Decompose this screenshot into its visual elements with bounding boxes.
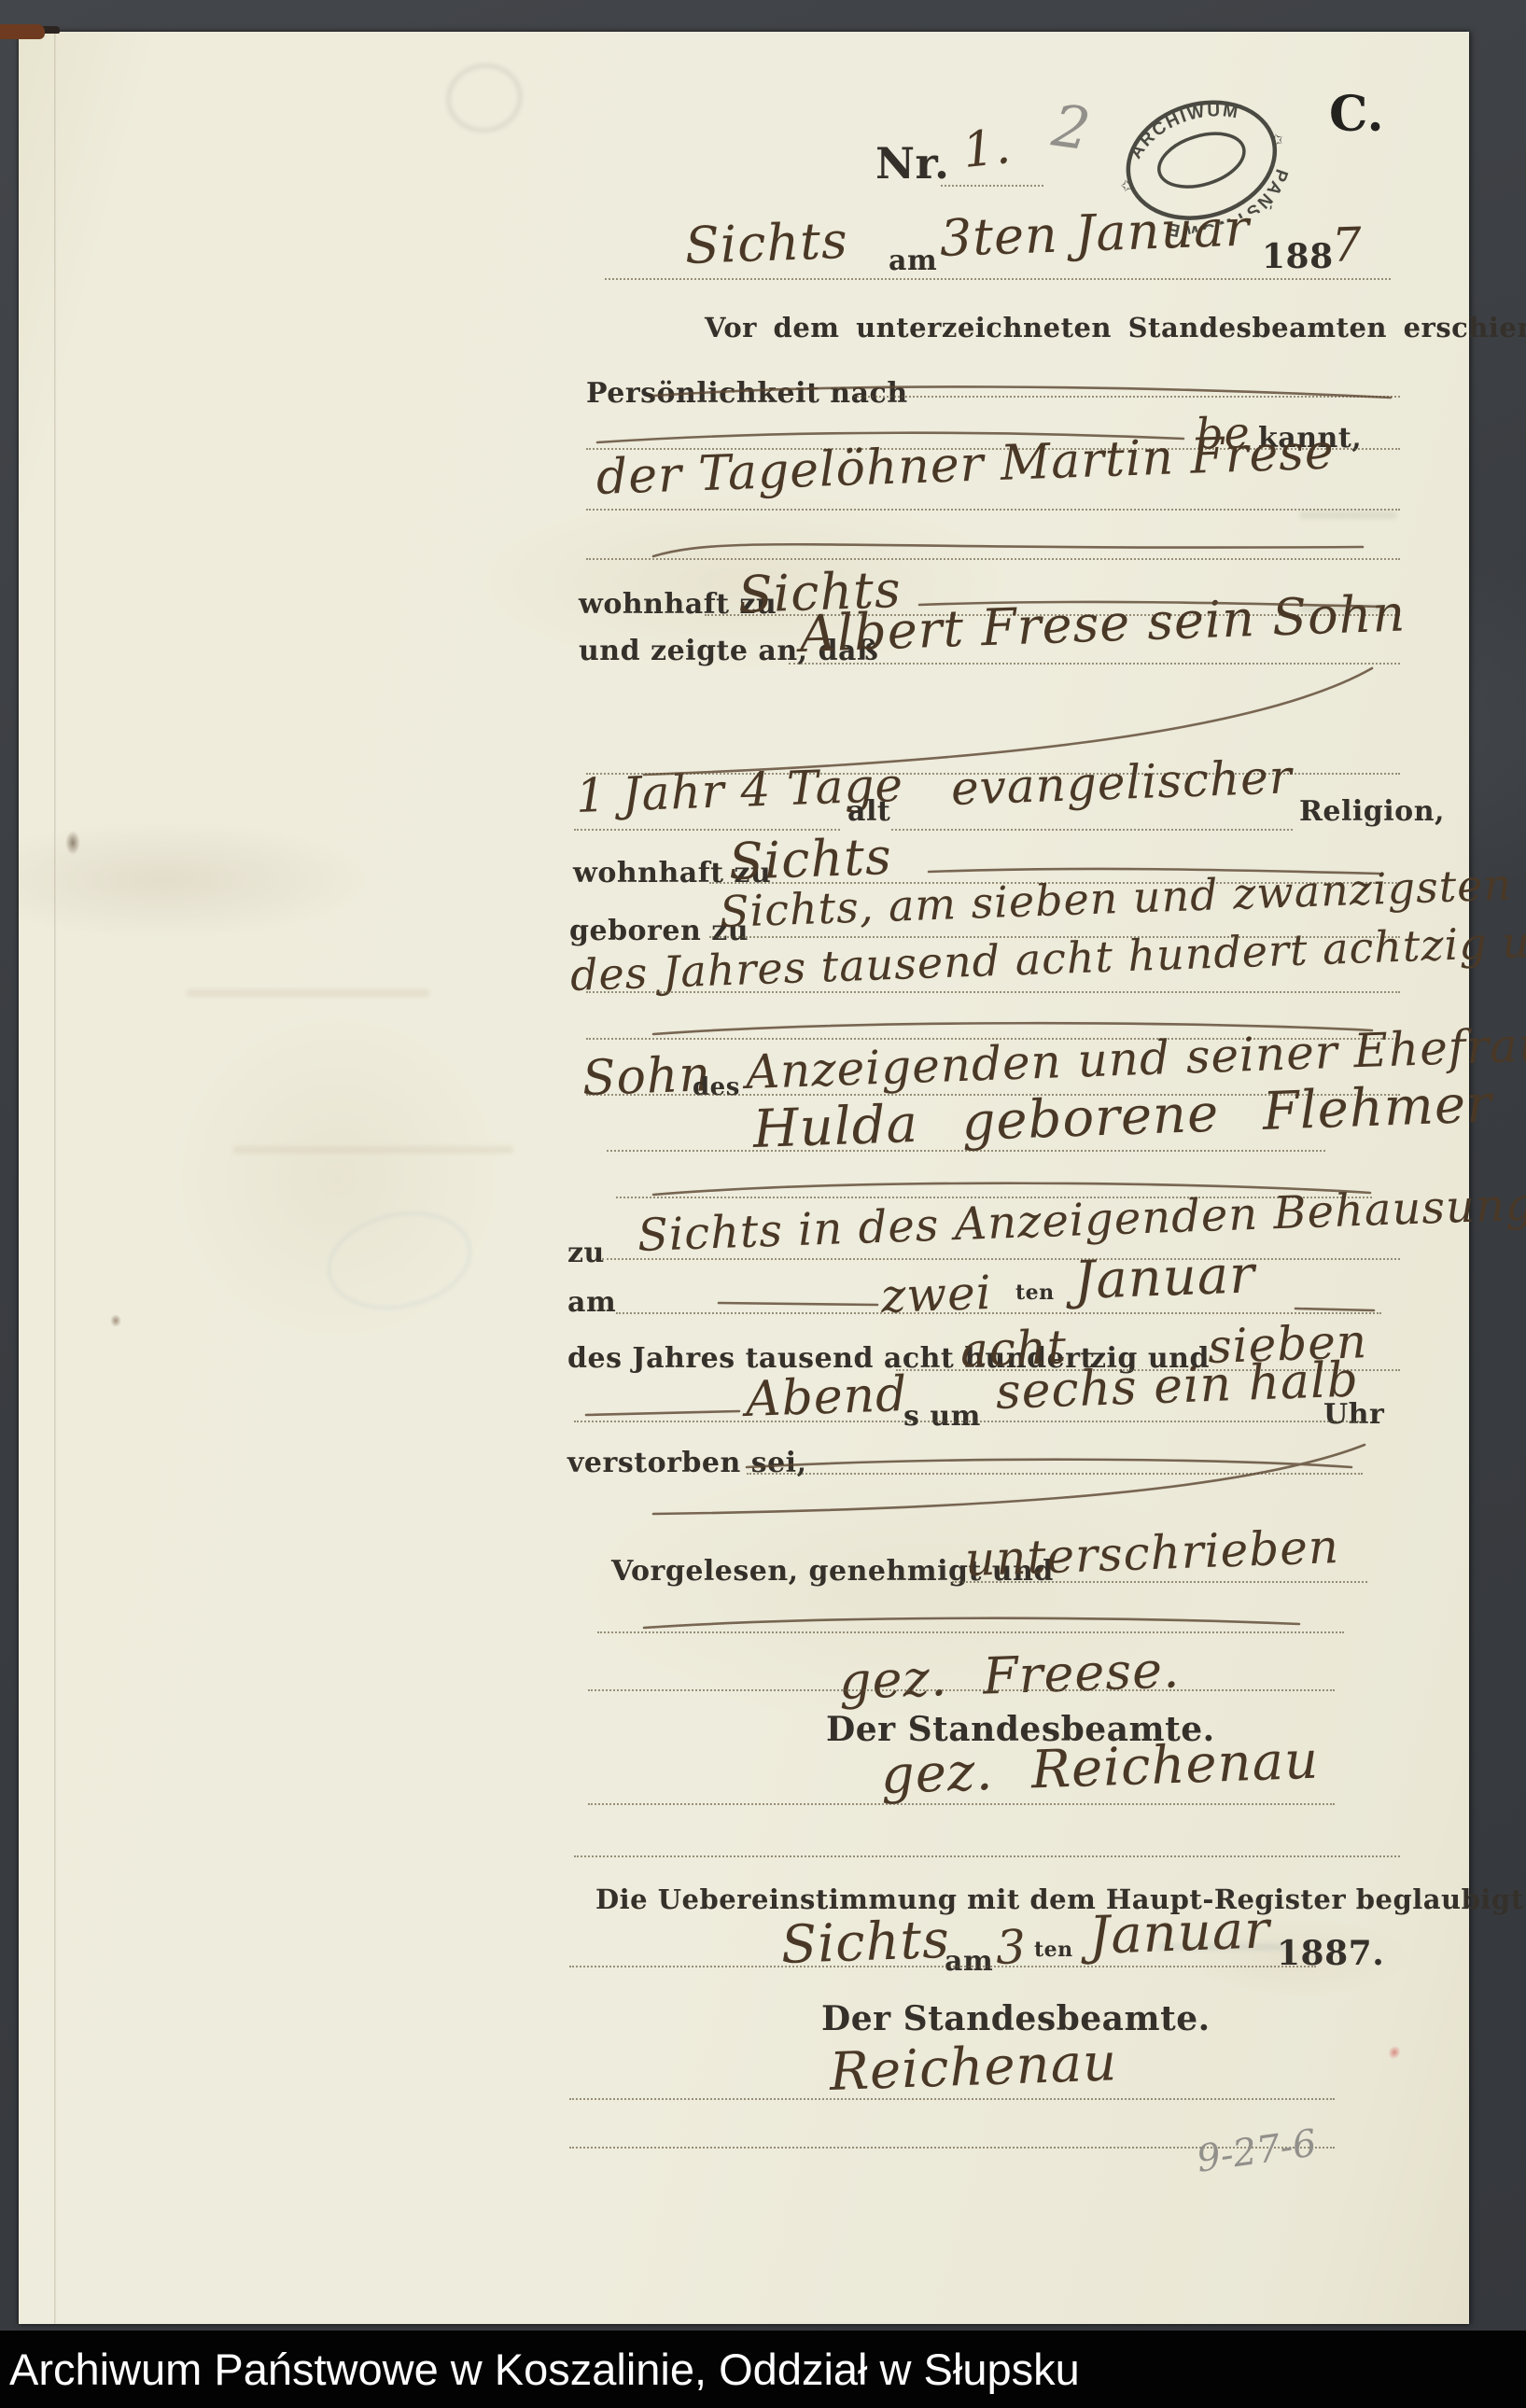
corner-letter: C.	[1329, 86, 1384, 143]
binding-edge	[0, 24, 45, 39]
dotted-line	[597, 1631, 1344, 1633]
ink-stain	[110, 1314, 121, 1327]
dotted-line	[952, 1581, 1367, 1583]
dotted-line	[602, 1258, 1400, 1260]
dotted-line	[569, 1966, 1316, 1967]
record-number-label: Nr.	[875, 138, 950, 189]
dotted-line	[569, 2098, 1335, 2100]
dateline-am: am	[889, 245, 937, 277]
standesbeamte-label-2: Der Standesbeamte.	[821, 1999, 1211, 2038]
certification-am: am	[945, 1945, 993, 1978]
intro-line: Vor dem unterzeichneten Standesbeamten e…	[705, 312, 1526, 343]
dotted-line	[588, 1803, 1335, 1805]
ten-label: ten	[1015, 1281, 1055, 1305]
am-label: am	[567, 1286, 616, 1319]
dotted-line	[574, 1855, 1400, 1857]
certification-line: Die Uebereinstimmung mit dem Haupt-Regis…	[595, 1883, 1526, 1915]
star-icon: ✩	[1118, 175, 1136, 195]
dotted-line	[586, 509, 1400, 511]
dateline-year-printed: 188	[1262, 237, 1334, 276]
dateline-year-hand: 7	[1331, 217, 1364, 273]
svg-text:ARCHIWUM: ARCHIWUM	[1118, 90, 1249, 166]
scanned-death-record-page: { "appearance": { "background_color": "#…	[0, 0, 1526, 2408]
dotted-line	[616, 1312, 1381, 1314]
des-label: des	[693, 1073, 740, 1101]
death-month: Januar	[1073, 1244, 1256, 1311]
dotted-line	[941, 185, 1043, 187]
dotted-line	[854, 396, 1400, 398]
dateline-day: 3ten Januar	[939, 198, 1251, 268]
dateline-place: Sichts	[684, 211, 849, 275]
uhr-label: Uhr	[1323, 1398, 1384, 1431]
alt-label: alt	[847, 795, 890, 828]
dotted-line	[891, 829, 1293, 831]
star-icon: ✩	[1268, 129, 1286, 149]
abend-hand: Abend	[745, 1366, 908, 1428]
zu-label: zu	[567, 1237, 605, 1269]
paper-page	[19, 32, 1469, 2324]
dotted-line	[588, 1689, 1335, 1691]
certification-month: Januar	[1088, 1899, 1271, 1967]
archive-caption-text: Archiwum Państwowe w Koszalinie, Oddział…	[0, 2344, 1080, 2395]
bleedthrough-text	[1299, 511, 1397, 519]
archive-caption-bar: Archiwum Państwowe w Koszalinie, Oddział…	[0, 2331, 1526, 2408]
ink-stain	[65, 831, 80, 855]
religion-label: Religion,	[1299, 795, 1445, 828]
bleedthrough-text	[187, 989, 429, 997]
signature-freese: gez. Freese.	[838, 1640, 1181, 1711]
record-number-value: 1.	[960, 119, 1015, 179]
dotted-line	[747, 1473, 1363, 1475]
persoenlichkeit-label: Persönlichkeit nach	[586, 377, 908, 410]
s-um-label: s um	[903, 1400, 981, 1433]
dotted-line	[586, 991, 1400, 993]
dotted-line	[789, 663, 1400, 665]
death-day: zwei	[880, 1266, 993, 1323]
stamp-text-top: ARCHIWUM	[1118, 90, 1249, 166]
signature-reichenau: Reichenau	[829, 2032, 1118, 2103]
bleedthrough-text	[233, 1146, 513, 1154]
binding-crease	[54, 32, 57, 2324]
certification-ten: ten	[1034, 1938, 1073, 1962]
dotted-line	[586, 558, 1400, 560]
dotted-line	[607, 1150, 1325, 1152]
dotted-line	[605, 278, 1391, 280]
dotted-line	[574, 1421, 1363, 1422]
